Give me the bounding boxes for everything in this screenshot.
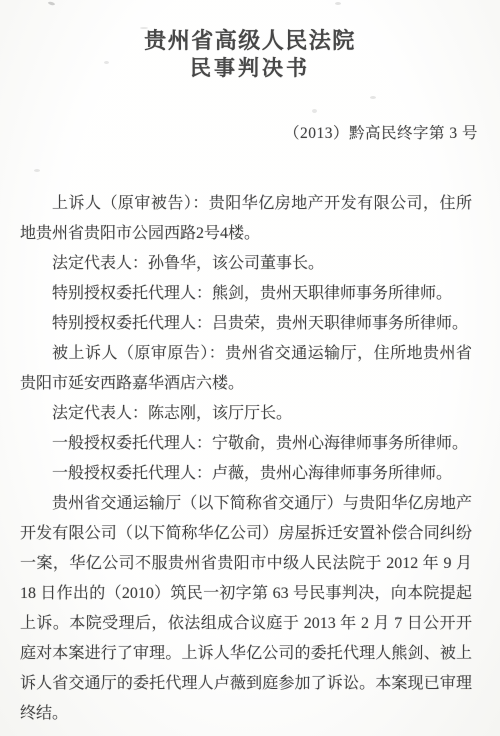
- paragraph-legal-representative-appellant: 法定代表人：孙鲁华，该公司董事长。: [20, 249, 472, 279]
- scan-speck: [312, 109, 317, 113]
- paragraph-agent-1: 特别授权委托代理人：熊剑，贵州天职律师事务所律师。: [20, 279, 472, 309]
- scan-speck: [48, 1, 56, 6]
- paragraph-agent-2: 特别授权委托代理人：吕贵荣，贵州天职律师事务所律师。: [20, 309, 472, 339]
- court-name-title: 贵州省高级人民法院: [0, 27, 500, 54]
- paragraph-appellant: 上诉人（原审被告）：贵阳华亿房地产开发有限公司，住所地贵州省贵阳市公园西路2号4…: [20, 189, 472, 249]
- paragraph-agent-4: 一般授权委托代理人：卢薇，贵州心海律师事务所律师。: [20, 459, 472, 489]
- scan-speck: [370, 96, 376, 99]
- scan-speck: [34, 169, 40, 172]
- paragraph-legal-representative-appellee: 法定代表人：陈志刚，该厅厅长。: [20, 399, 472, 429]
- document-type-title: 民事判决书: [0, 55, 500, 82]
- paragraph-case-summary: 贵州省交通运输厅（以下简称省交通厅）与贵阳华亿房地产开发有限公司（以下简称华亿公…: [20, 489, 472, 729]
- paragraph-agent-3: 一般授权委托代理人：宁敬俞，贵州心海律师事务所律师。: [20, 429, 472, 459]
- case-number: （2013）黔高民终字第 3 号: [0, 125, 478, 143]
- paragraph-appellee: 被上诉人（原审原告）：贵州省交通运输厅，住所地贵州省贵阳市延安西路嘉华酒店六楼。: [20, 339, 472, 399]
- document-body: 上诉人（原审被告）：贵阳华亿房地产开发有限公司，住所地贵州省贵阳市公园西路2号4…: [20, 189, 472, 729]
- judgment-document-page: 贵州省高级人民法院 民事判决书 （2013）黔高民终字第 3 号 上诉人（原审被…: [0, 0, 500, 736]
- scan-speck: [335, 2, 341, 5]
